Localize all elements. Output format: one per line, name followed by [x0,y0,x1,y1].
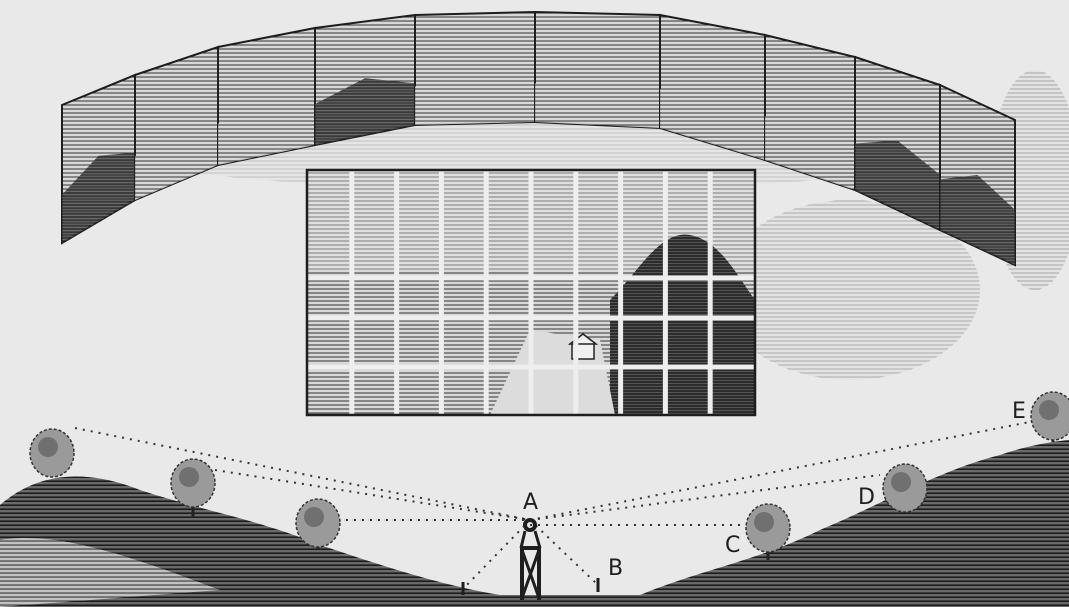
tree-icon [1031,392,1069,442]
surveying-tower [463,520,598,600]
tree-icon [30,429,74,477]
label-c: C [725,533,740,558]
label-e: E [1012,399,1026,424]
tree-icon [883,464,927,512]
gridded-picture-plane [307,170,755,415]
label-a: A [523,490,538,515]
label-b: B [608,556,623,581]
label-d: D [858,485,875,510]
engraving-illustration: A B C D E [0,0,1069,607]
